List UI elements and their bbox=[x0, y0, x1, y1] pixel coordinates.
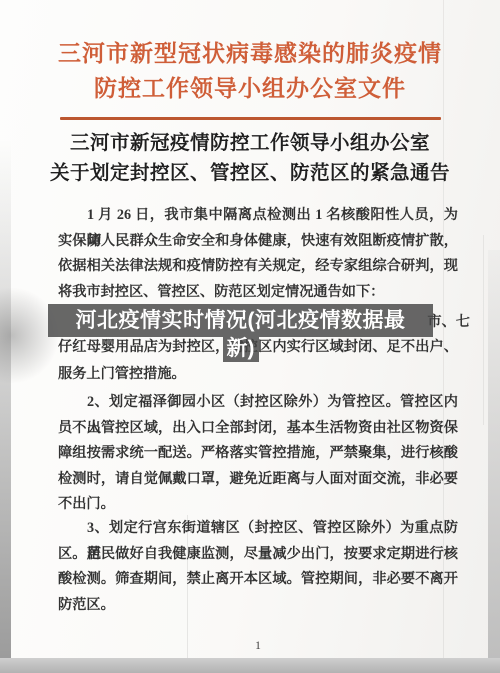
paper-crease bbox=[483, 235, 484, 425]
photo-background-bottom bbox=[0, 658, 500, 673]
document-photo: 三河市新型冠状病毒感染的肺炎疫情 防控工作领导小组办公室文件 三河市新冠疫情防控… bbox=[0, 0, 500, 673]
body-line: 防范区。 bbox=[58, 593, 458, 619]
page-number: 1 bbox=[58, 640, 458, 652]
paragraph-3: 3、划定行宫东街道辖区（封控区、管控区除外）为重点防范 区。居民做好自我健康监测… bbox=[58, 516, 458, 618]
notice-title-line-1: 三河市新冠疫情防控工作领导小组办公室 bbox=[0, 130, 500, 157]
letterhead-line-2: 防控工作领导小组办公室文件 bbox=[0, 73, 500, 103]
body-line: 1 月 26 日，我市集中隔离点检测出 1 名核酸阳性人员，为切 bbox=[58, 203, 458, 229]
caption-overlay-line-2-row: 新) bbox=[48, 337, 433, 362]
body-line: 2、划定福泽御园小区（封控区除外）为管控区。管控区内人 bbox=[58, 390, 458, 416]
body-line: 区。居民做好自我健康监测，尽量减少出门，按要求定期进行核 bbox=[58, 542, 458, 568]
body-line: 依据相关法律法规和疫情防控有关规定，经专家组综合研判，现 bbox=[58, 254, 458, 280]
body-line: 障组按需求统一配送。严格落实管控措施，严禁聚集，进行核酸 bbox=[58, 441, 458, 467]
body-line: 酸检测。筛查期间，禁止离开本区域。管控期间，非必要不离开 bbox=[58, 567, 458, 593]
caption-overlay: 河北疫情实时情况(河北疫情数据最 新) bbox=[48, 304, 433, 362]
letterhead-divider-rule bbox=[60, 117, 441, 120]
intro-paragraph: 1 月 26 日，我市集中隔离点检测出 1 名核酸阳性人员，为切 实保障人民群众… bbox=[58, 203, 458, 305]
body-line: 员不出管控区域，出入口全部封闭，基本生活物资由社区物资保 bbox=[58, 416, 458, 442]
body-line: 不出门。 bbox=[58, 492, 458, 518]
paragraph-2: 2、划定福泽御园小区（封控区除外）为管控区。管控区内人 员不出管控区域，出入口全… bbox=[58, 390, 458, 518]
caption-overlay-line-2: 新) bbox=[223, 337, 259, 362]
photo-background-left bbox=[0, 140, 11, 673]
body-line: 检测时，请自觉佩戴口罩，避免近距离与人面对面交流，非必要 bbox=[58, 467, 458, 493]
letterhead-line-1: 三河市新型冠状病毒感染的肺炎疫情 bbox=[0, 38, 500, 68]
caption-overlay-line-1: 河北疫情实时情况(河北疫情数据最 bbox=[48, 304, 433, 337]
body-line: 3、划定行宫东街道辖区（封控区、管控区除外）为重点防范 bbox=[58, 516, 458, 542]
body-line: 实保障人民群众生命安全和身体健康，快速有效阻断疫情扩散， bbox=[58, 229, 458, 255]
notice-title-line-2: 关于划定封控区、管控区、防范区的紧急通告 bbox=[0, 160, 500, 187]
body-line: 将我市封控区、管控区、防范区划定情况通告如下： bbox=[58, 280, 458, 306]
para1-line-3: 服务上门管控措施。 bbox=[58, 363, 458, 385]
photo-background-right bbox=[488, 250, 500, 670]
